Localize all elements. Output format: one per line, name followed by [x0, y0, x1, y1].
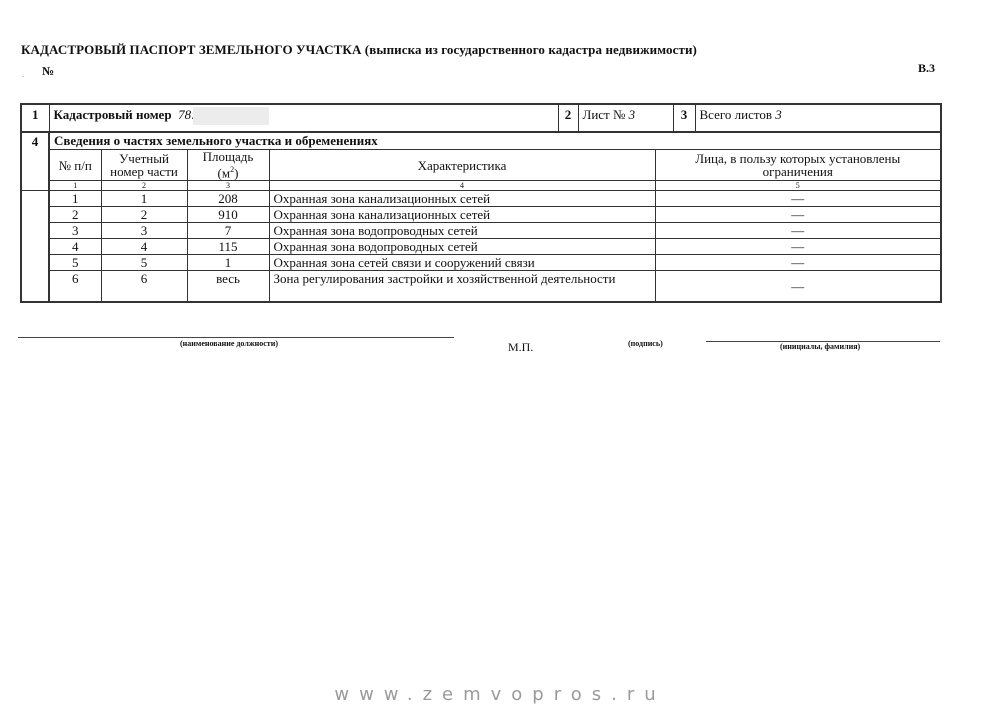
sheet-number-cell: Лист № 3: [578, 104, 673, 132]
redacted-block: [193, 107, 269, 125]
name-caption: (инициалы, фамилия): [780, 342, 860, 351]
section-spacer: [21, 191, 49, 303]
total-sheets-label: Всего листов: [700, 107, 773, 122]
row-area: 7: [187, 223, 269, 239]
row-number: 3: [49, 223, 101, 239]
section-title: Сведения о частях земельного участка и о…: [49, 132, 941, 150]
stamp-label: М.П.: [508, 340, 533, 355]
row-description: Охранная зона сетей связи и сооружений с…: [269, 255, 655, 271]
column-header-persons: Лица, в пользу которых установлены огран…: [655, 150, 941, 181]
signature-caption: (подпись): [628, 339, 663, 348]
document-title: КАДАСТРОВЫЙ ПАСПОРТ ЗЕМЕЛЬНОГО УЧАСТКА (…: [21, 42, 697, 58]
row-number: 6: [49, 271, 101, 303]
column-index: 3: [187, 181, 269, 191]
row-persons: —: [655, 207, 941, 223]
row-persons: —: [655, 223, 941, 239]
watermark: www.zemvopros.ru: [0, 684, 1000, 705]
parts-encumbrances-table: 4 Сведения о частях земельного участка и…: [20, 131, 942, 303]
column-index: 2: [101, 181, 187, 191]
row-area: 115: [187, 239, 269, 255]
row-persons: —: [655, 191, 941, 207]
row-area: весь: [187, 271, 269, 303]
table-row: 3 3 7 Охранная зона водопроводных сетей …: [21, 223, 941, 239]
total-sheets-cell: Всего листов 3: [695, 104, 941, 132]
row-number: 2: [49, 207, 101, 223]
row-persons: —: [655, 271, 941, 303]
row-description: Охранная зона канализационных сетей: [269, 207, 655, 223]
document-title-main: КАДАСТРОВЫЙ ПАСПОРТ ЗЕМЕЛЬНОГО УЧАСТКА: [21, 42, 361, 57]
row-description: Охранная зона водопроводных сетей: [269, 239, 655, 255]
row-description: Зона регулирования застройки и хозяйстве…: [269, 271, 655, 303]
total-sheets-value: 3: [775, 107, 782, 122]
field-number-2: 2: [558, 104, 578, 132]
cadastral-number-label: Кадастровый номер: [54, 107, 172, 122]
section-number-4: 4: [21, 132, 49, 191]
column-header-number: № п/п: [49, 150, 101, 181]
row-persons: —: [655, 255, 941, 271]
header-info-table: 1 Кадастровый номер 78: 2 Лист № 3 3 Все…: [20, 103, 942, 133]
scan-mark: .: [22, 70, 24, 79]
column-index: 5: [655, 181, 941, 191]
table-row: 2 2 910 Охранная зона канализационных се…: [21, 207, 941, 223]
row-part-number: 2: [101, 207, 187, 223]
sheet-number-value: 3: [629, 107, 636, 122]
row-description: Охранная зона водопроводных сетей: [269, 223, 655, 239]
row-part-number: 6: [101, 271, 187, 303]
row-number: 5: [49, 255, 101, 271]
table-row: 4 4 115 Охранная зона водопроводных сете…: [21, 239, 941, 255]
document-number-label: №: [42, 64, 54, 79]
position-signature-line: [18, 337, 454, 338]
column-header-description: Характеристика: [269, 150, 655, 181]
field-number-1: 1: [21, 104, 49, 132]
row-area: 208: [187, 191, 269, 207]
column-header-area: Площадь (м2): [187, 150, 269, 181]
row-part-number: 3: [101, 223, 187, 239]
column-index: 4: [269, 181, 655, 191]
sheet-number-label: Лист №: [583, 107, 626, 122]
row-number: 4: [49, 239, 101, 255]
row-part-number: 4: [101, 239, 187, 255]
column-index: 1: [49, 181, 101, 191]
form-code: В.3: [918, 61, 935, 76]
row-area: 1: [187, 255, 269, 271]
position-caption: (наименование должности): [180, 339, 278, 348]
row-persons: —: [655, 239, 941, 255]
table-row: 6 6 весь Зона регулирования застройки и …: [21, 271, 941, 303]
table-row: 5 5 1 Охранная зона сетей связи и сооруж…: [21, 255, 941, 271]
document-title-subtitle: (выписка из государственного кадастра не…: [365, 42, 697, 57]
row-description: Охранная зона канализационных сетей: [269, 191, 655, 207]
row-part-number: 5: [101, 255, 187, 271]
row-part-number: 1: [101, 191, 187, 207]
row-area: 910: [187, 207, 269, 223]
column-header-part-number: Учетный номер части: [101, 150, 187, 181]
cadastral-number-cell: Кадастровый номер 78:: [49, 104, 558, 132]
row-number: 1: [49, 191, 101, 207]
table-row: 1 1 208 Охранная зона канализационных се…: [21, 191, 941, 207]
field-number-3: 3: [673, 104, 695, 132]
